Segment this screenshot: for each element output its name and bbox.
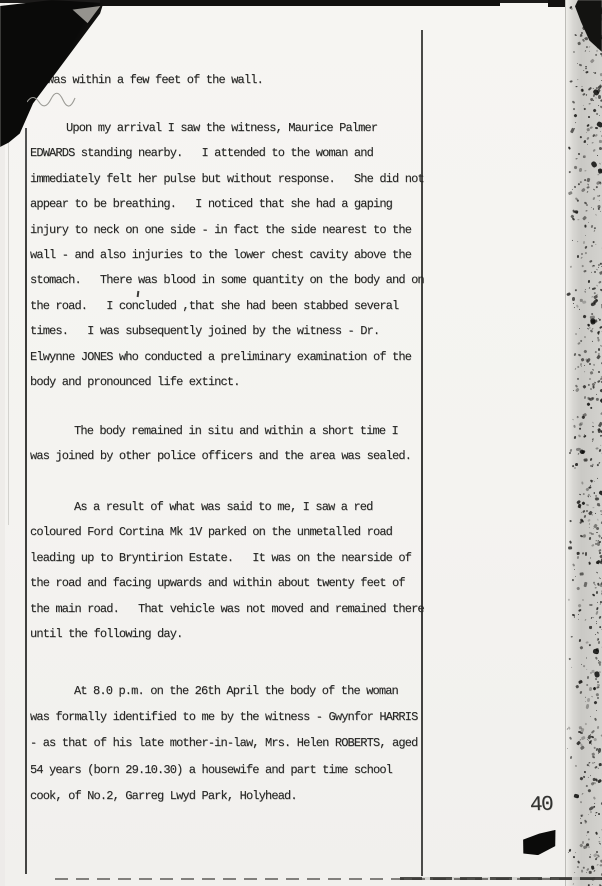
text-line: - as that of his late mother-in-law, Mrs… bbox=[30, 730, 417, 756]
text-line: At 8.0 p.m. on the 26th April the body o… bbox=[30, 678, 417, 704]
text-line: was within a few feet of the wall. bbox=[47, 68, 263, 93]
text-line: the road. I concluded ,that she had been… bbox=[30, 294, 424, 319]
page-number: 40 bbox=[530, 794, 553, 818]
text-line: The body remained in situ and within a s… bbox=[30, 419, 411, 444]
text-line: was joined by other police officers and … bbox=[30, 444, 411, 469]
text-line: coloured Ford Cortina Mk 1V parked on th… bbox=[30, 520, 424, 545]
text-line: 54 years (born 29.10.30) a housewife and… bbox=[30, 757, 417, 783]
text-line: immediately felt her pulse but without r… bbox=[30, 167, 424, 192]
scanned-statement-page: was within a few feet of the wall. Upon … bbox=[0, 0, 602, 886]
text-line: stomach. There was blood in some quantit… bbox=[30, 268, 424, 293]
text-line: As a result of what was said to me, I sa… bbox=[30, 495, 424, 520]
text-line: times. I was subsequently joined by the … bbox=[30, 319, 424, 344]
text-line: Elwynne JONES who conducted a preliminar… bbox=[30, 345, 424, 370]
text-line: until the following day. bbox=[30, 622, 424, 647]
text-line: the main road. That vehicle was not move… bbox=[30, 597, 424, 622]
statement-paragraph-1: was within a few feet of the wall. bbox=[47, 68, 263, 93]
scan-top-edge-segment bbox=[100, 0, 500, 6]
paper-wrinkle bbox=[27, 92, 77, 108]
page-bottom-edge-dark bbox=[400, 877, 602, 880]
scan-edge-noise bbox=[565, 0, 602, 886]
left-margin-rule bbox=[25, 128, 27, 874]
ink-stamp-blob bbox=[519, 830, 559, 857]
statement-paragraph-2: Upon my arrival I saw the witness, Mauri… bbox=[30, 116, 424, 395]
text-line: EDWARDS standing nearby. I attended to t… bbox=[30, 141, 424, 166]
text-line: body and pronounced life extinct. bbox=[30, 370, 424, 395]
text-line: leading up to Bryntirion Estate. It was … bbox=[30, 546, 424, 571]
text-line: the road and facing upwards and within a… bbox=[30, 571, 424, 596]
text-line: was formally identified to me by the wit… bbox=[30, 704, 417, 730]
left-edge-faint-line bbox=[8, 140, 9, 525]
statement-paragraph-4: As a result of what was said to me, I sa… bbox=[30, 495, 424, 647]
text-line: wall - and also injuries to the lower ch… bbox=[30, 243, 424, 268]
statement-paragraph-5: At 8.0 p.m. on the 26th April the body o… bbox=[30, 678, 417, 809]
statement-paragraph-3: The body remained in situ and within a s… bbox=[30, 419, 411, 470]
text-line: appear to be breathing. I noticed that s… bbox=[30, 192, 424, 217]
text-line: cook, of No.2, Garreg Lwyd Park, Holyhea… bbox=[30, 783, 417, 809]
text-line: Upon my arrival I saw the witness, Mauri… bbox=[30, 116, 424, 141]
text-line: injury to neck on one side - in fact the… bbox=[30, 218, 424, 243]
